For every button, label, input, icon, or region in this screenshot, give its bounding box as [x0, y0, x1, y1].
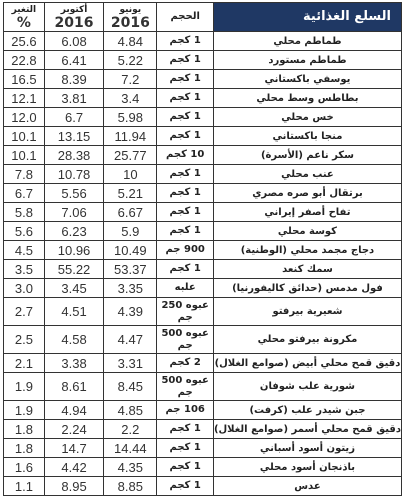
size-cell: عبوه 250 جم — [157, 298, 214, 326]
june-price-cell: 6.67 — [104, 203, 157, 222]
table-row: 2.74.514.39عبوه 250 جمشعيرية بيرفتو — [4, 298, 402, 326]
change-cell: 1.8 — [4, 439, 45, 458]
size-cell: 1 كجم — [157, 203, 214, 222]
item-name-cell: برتقال أبو صره مصري — [213, 184, 401, 203]
june-price-cell: 5.98 — [104, 108, 157, 127]
size-cell: 1 كجم — [157, 32, 214, 51]
table-row: 1.18.958.851 كجمعدس — [4, 477, 402, 496]
size-cell: 1 كجم — [157, 458, 214, 477]
table-row: 7.810.78101 كجمعنب محلي — [4, 165, 402, 184]
table-row: 5.66.235.91 كجمكوسة محلي — [4, 222, 402, 241]
size-cell: 1 كجم — [157, 165, 214, 184]
october-price-cell: 10.78 — [44, 165, 103, 184]
change-cell: 2.1 — [4, 354, 45, 373]
size-cell: 1 كجم — [157, 89, 214, 108]
change-cell: 2.5 — [4, 326, 45, 354]
item-name-cell: فول مدمس (حدائق كاليفورنيا) — [213, 279, 401, 298]
item-name-cell: باذنجان أسود محلي — [213, 458, 401, 477]
october-price-cell: 13.15 — [44, 127, 103, 146]
size-cell: 1 كجم — [157, 222, 214, 241]
change-cell: 3.5 — [4, 260, 45, 279]
october-price-cell: 2.24 — [44, 420, 103, 439]
change-header: التغير % — [4, 3, 45, 32]
change-cell: 5.8 — [4, 203, 45, 222]
header-row: التغير % أكتوبر 2016 يونيو 2016 الحجم ال… — [4, 3, 402, 32]
change-cell: 1.8 — [4, 420, 45, 439]
table-row: 1.82.242.21 كجمدقيق قمح محلي أسمر (صوامع… — [4, 420, 402, 439]
june-label: يونيو — [104, 4, 156, 16]
change-cell: 7.8 — [4, 165, 45, 184]
table-row: 1.814.714.441 كجمزيتون أسود أسباني — [4, 439, 402, 458]
table-row: 12.13.813.41 كجمبطاطس وسط محلي — [4, 89, 402, 108]
change-cell: 1.9 — [4, 373, 45, 401]
june-price-cell: 25.77 — [104, 146, 157, 165]
june-price-cell: 5.9 — [104, 222, 157, 241]
october-label: أكتوبر — [45, 4, 103, 16]
change-cell: 12.1 — [4, 89, 45, 108]
october-price-cell: 55.22 — [44, 260, 103, 279]
table-row: 16.58.397.21 كجميوسفي باكستاني — [4, 70, 402, 89]
item-name-cell: يوسفي باكستاني — [213, 70, 401, 89]
october-price-cell: 8.61 — [44, 373, 103, 401]
table-row: 1.98.618.45عبوه 500 جمشورية علب شوفان — [4, 373, 402, 401]
size-cell: 1 كجم — [157, 70, 214, 89]
october-year: 2016 — [45, 16, 103, 31]
table-row: 3.555.2253.371 كجمسمك كنعد — [4, 260, 402, 279]
table-row: 1.94.944.85106 جمجبن شيدر علب (كرفت) — [4, 401, 402, 420]
june-price-cell: 3.31 — [104, 354, 157, 373]
october-price-cell: 5.56 — [44, 184, 103, 203]
october-price-cell: 6.08 — [44, 32, 103, 51]
june-price-cell: 4.85 — [104, 401, 157, 420]
change-label: التغير — [4, 4, 44, 16]
table-row: 1.64.424.351 كجمباذنجان أسود محلي — [4, 458, 402, 477]
item-name-cell: سكر ناعم (الأسرة) — [213, 146, 401, 165]
october-price-cell: 4.51 — [44, 298, 103, 326]
change-cell: 22.8 — [4, 51, 45, 70]
october-price-cell: 3.45 — [44, 279, 103, 298]
size-cell: 1 كجم — [157, 108, 214, 127]
item-name-cell: طماطم محلي — [213, 32, 401, 51]
june-price-cell: 5.21 — [104, 184, 157, 203]
size-cell: 1 كجم — [157, 127, 214, 146]
size-cell: علبه — [157, 279, 214, 298]
item-name-cell: سمك كنعد — [213, 260, 401, 279]
change-cell: 25.6 — [4, 32, 45, 51]
june-price-cell: 4.39 — [104, 298, 157, 326]
change-cell: 2.7 — [4, 298, 45, 326]
size-cell: 106 جم — [157, 401, 214, 420]
change-cell: 3.0 — [4, 279, 45, 298]
change-cell: 16.5 — [4, 70, 45, 89]
size-cell: 1 كجم — [157, 51, 214, 70]
june-year: 2016 — [104, 16, 156, 31]
item-name-cell: منجا باكستاني — [213, 127, 401, 146]
table-row: 25.66.084.841 كجمطماطم محلي — [4, 32, 402, 51]
june-price-cell: 53.37 — [104, 260, 157, 279]
table-row: 6.75.565.211 كجمبرتقال أبو صره مصري — [4, 184, 402, 203]
october-price-cell: 4.42 — [44, 458, 103, 477]
size-cell: عبوه 500 جم — [157, 373, 214, 401]
change-unit: % — [4, 16, 44, 31]
price-table-container: التغير % أكتوبر 2016 يونيو 2016 الحجم ال… — [3, 2, 402, 496]
june-price-cell: 5.22 — [104, 51, 157, 70]
june-price-cell: 4.35 — [104, 458, 157, 477]
june-price-cell: 3.4 — [104, 89, 157, 108]
item-name-cell: بطاطس وسط محلي — [213, 89, 401, 108]
size-cell: 1 كجم — [157, 420, 214, 439]
table-row: 12.06.75.981 كجمخس محلي — [4, 108, 402, 127]
item-name-cell: دجاج مجمد محلي (الوطنية) — [213, 241, 401, 260]
june-price-cell: 11.94 — [104, 127, 157, 146]
size-cell: 10 كجم — [157, 146, 214, 165]
item-name-cell: عدس — [213, 477, 401, 496]
item-name-cell: دقيق قمح محلي أسمر (صوامع الغلال) — [213, 420, 401, 439]
change-cell: 10.1 — [4, 127, 45, 146]
size-cell: 1 كجم — [157, 260, 214, 279]
item-header: السلع الغذائية — [213, 3, 401, 32]
food-prices-table: التغير % أكتوبر 2016 يونيو 2016 الحجم ال… — [3, 2, 402, 496]
change-cell: 6.7 — [4, 184, 45, 203]
table-row: 10.113.1511.941 كجممنجا باكستاني — [4, 127, 402, 146]
june-header: يونيو 2016 — [104, 3, 157, 32]
size-cell: 2 كجم — [157, 354, 214, 373]
october-price-cell: 28.38 — [44, 146, 103, 165]
october-price-cell: 4.94 — [44, 401, 103, 420]
change-cell: 4.5 — [4, 241, 45, 260]
item-name-cell: خس محلي — [213, 108, 401, 127]
size-header: الحجم — [157, 3, 214, 32]
change-cell: 1.1 — [4, 477, 45, 496]
june-price-cell: 10 — [104, 165, 157, 184]
item-name-cell: تفاح أصفر إيراني — [213, 203, 401, 222]
table-row: 4.510.9610.49900 جمدجاج مجمد محلي (الوطن… — [4, 241, 402, 260]
item-name-cell: مكرونة بيرفتو محلي — [213, 326, 401, 354]
june-price-cell: 8.85 — [104, 477, 157, 496]
item-name-cell: جبن شيدر علب (كرفت) — [213, 401, 401, 420]
june-price-cell: 7.2 — [104, 70, 157, 89]
june-price-cell: 10.49 — [104, 241, 157, 260]
size-cell: عبوه 500 جم — [157, 326, 214, 354]
october-price-cell: 6.23 — [44, 222, 103, 241]
october-price-cell: 3.81 — [44, 89, 103, 108]
change-cell: 12.0 — [4, 108, 45, 127]
october-header: أكتوبر 2016 — [44, 3, 103, 32]
october-price-cell: 14.7 — [44, 439, 103, 458]
item-name-cell: عنب محلي — [213, 165, 401, 184]
june-price-cell: 8.45 — [104, 373, 157, 401]
size-cell: 1 كجم — [157, 477, 214, 496]
october-price-cell: 8.39 — [44, 70, 103, 89]
change-cell: 10.1 — [4, 146, 45, 165]
size-cell: 900 جم — [157, 241, 214, 260]
table-row: 10.128.3825.7710 كجمسكر ناعم (الأسرة) — [4, 146, 402, 165]
item-name-cell: كوسة محلي — [213, 222, 401, 241]
item-name-cell: شورية علب شوفان — [213, 373, 401, 401]
item-name-cell: طماطم مستورد — [213, 51, 401, 70]
change-cell: 5.6 — [4, 222, 45, 241]
june-price-cell: 4.84 — [104, 32, 157, 51]
october-price-cell: 6.41 — [44, 51, 103, 70]
item-name-cell: زيتون أسود أسباني — [213, 439, 401, 458]
size-cell: 1 كجم — [157, 184, 214, 203]
october-price-cell: 10.96 — [44, 241, 103, 260]
table-row: 5.87.066.671 كجمتفاح أصفر إيراني — [4, 203, 402, 222]
june-price-cell: 3.35 — [104, 279, 157, 298]
june-price-cell: 4.47 — [104, 326, 157, 354]
october-price-cell: 6.7 — [44, 108, 103, 127]
table-row: 2.54.584.47عبوه 500 جممكرونة بيرفتو محلي — [4, 326, 402, 354]
change-cell: 1.6 — [4, 458, 45, 477]
table-row: 3.03.453.35علبهفول مدمس (حدائق كاليفورني… — [4, 279, 402, 298]
table-row: 22.86.415.221 كجمطماطم مستورد — [4, 51, 402, 70]
size-cell: 1 كجم — [157, 439, 214, 458]
june-price-cell: 14.44 — [104, 439, 157, 458]
item-name-cell: شعيرية بيرفتو — [213, 298, 401, 326]
october-price-cell: 8.95 — [44, 477, 103, 496]
table-body: 25.66.084.841 كجمطماطم محلي22.86.415.221… — [4, 32, 402, 496]
table-row: 2.13.383.312 كجمدقيق قمح محلي أبيض (صوام… — [4, 354, 402, 373]
october-price-cell: 7.06 — [44, 203, 103, 222]
change-cell: 1.9 — [4, 401, 45, 420]
october-price-cell: 4.58 — [44, 326, 103, 354]
october-price-cell: 3.38 — [44, 354, 103, 373]
item-name-cell: دقيق قمح محلي أبيض (صوامع الغلال) — [213, 354, 401, 373]
june-price-cell: 2.2 — [104, 420, 157, 439]
